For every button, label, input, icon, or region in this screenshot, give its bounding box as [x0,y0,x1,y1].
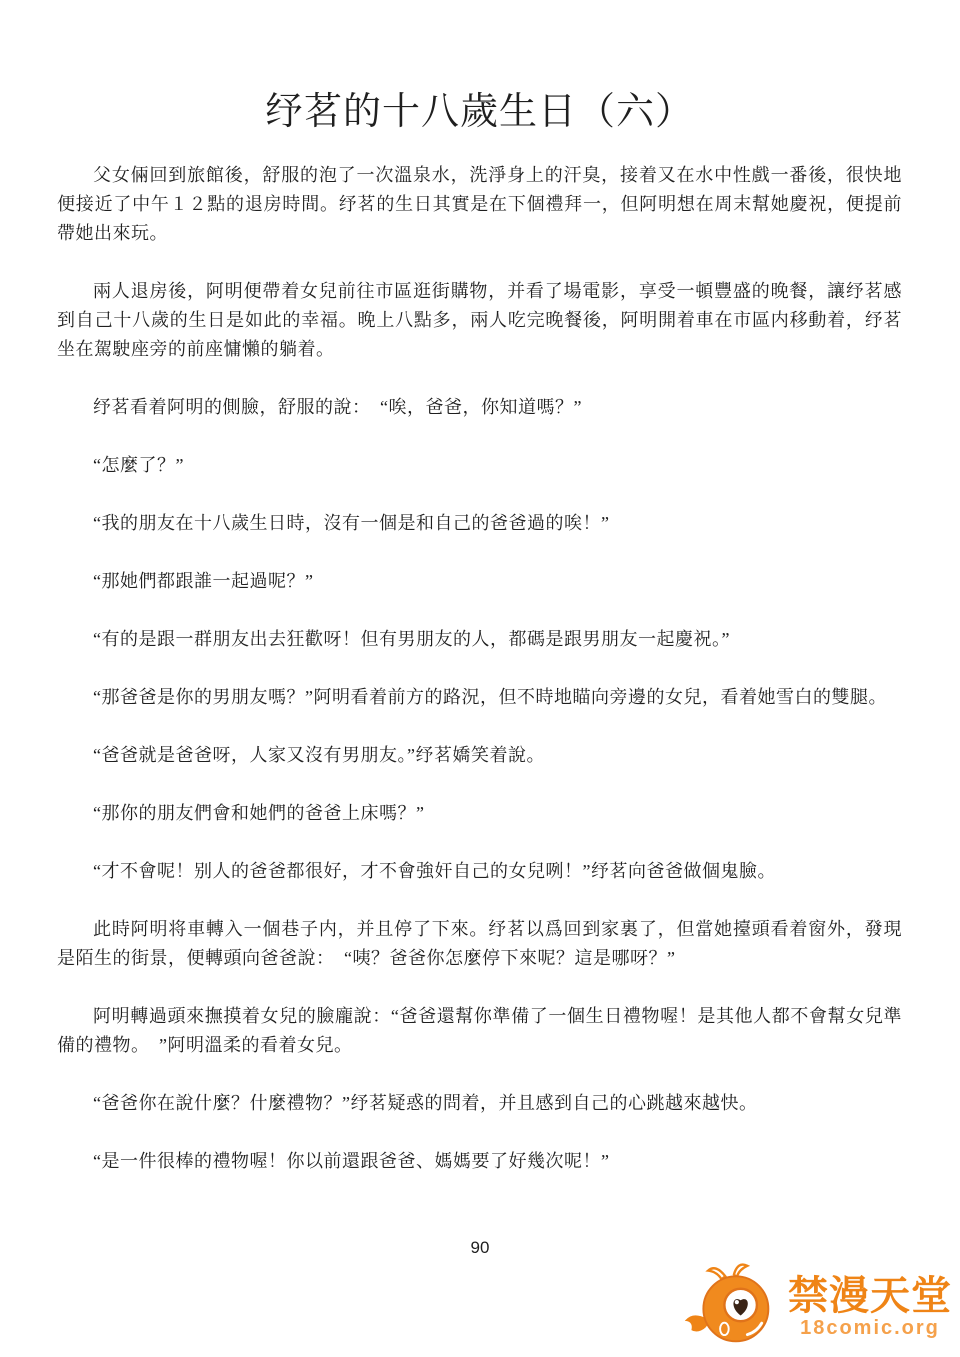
story-paragraph: 阿明轉過頭來撫摸着女兒的臉龐說：“爸爸還幫你準備了一個生日禮物喔！是其他人都不會… [57,1002,902,1060]
mascot-whale-icon [680,1262,786,1353]
story-paragraph: 纾茗看着阿明的側臉，舒服的說： “唉，爸爸，你知道嗎？” [57,393,902,422]
watermark-logo: 禁漫天堂 18comic.org [680,1262,952,1353]
story-paragraph: 此時阿明将車轉入一個巷子内，并且停了下來。纾茗以爲回到家裏了，但當她擡頭看着窗外… [57,915,902,973]
watermark-site: 18comic.org [800,1316,940,1340]
page-number: 90 [0,1238,960,1258]
story-paragraph: “那她們都跟誰一起過呢？” [57,567,902,596]
story-paragraph: “有的是跟一群朋友出去狂歡呀！但有男朋友的人，都碼是跟男朋友一起慶祝。” [57,625,902,654]
story-paragraph: “怎麼了？” [57,451,902,480]
story-paragraph: 兩人退房後，阿明便帶着女兒前往市區逛街購物，并看了場電影，享受一頓豐盛的晚餐，讓… [57,277,902,364]
watermark-brand: 禁漫天堂 [788,1276,952,1316]
document-page: 纾茗的十八歲生日（六） 父女倆回到旅館後，舒服的泡了一次溫泉水，洗淨身上的汗臭，… [0,0,960,1357]
story-paragraph: “爸爸就是爸爸呀，人家又沒有男朋友。”纾茗嬌笑着說。 [57,741,902,770]
story-paragraph: “才不會呢！别人的爸爸都很好，才不會強奸自己的女兒咧！”纾茗向爸爸做個鬼臉。 [57,857,902,886]
story-paragraph: “那爸爸是你的男朋友嗎？”阿明看着前方的路況，但不時地瞄向旁邊的女兒，看着她雪白… [57,683,902,712]
story-paragraph: 父女倆回到旅館後，舒服的泡了一次溫泉水，洗淨身上的汗臭，接着又在水中性戲一番後，… [57,161,902,248]
story-paragraph: “爸爸你在說什麼？什麼禮物？”纾茗疑惑的問着，并且感到自己的心跳越來越快。 [57,1089,902,1118]
story-paragraph: “是一件很棒的禮物喔！你以前還跟爸爸、媽媽要了好幾次呢！” [57,1147,902,1176]
page-content: 纾茗的十八歲生日（六） 父女倆回到旅館後，舒服的泡了一次溫泉水，洗淨身上的汗臭，… [57,80,902,1205]
story-paragraph: “我的朋友在十八歲生日時，沒有一個是和自己的爸爸過的唉！” [57,509,902,538]
story-body: 父女倆回到旅館後，舒服的泡了一次溫泉水，洗淨身上的汗臭，接着又在水中性戲一番後，… [57,161,902,1176]
page-title: 纾茗的十八歲生日（六） [57,80,902,135]
watermark-text: 禁漫天堂 18comic.org [788,1276,952,1340]
story-paragraph: “那你的朋友們會和她們的爸爸上床嗎？” [57,799,902,828]
